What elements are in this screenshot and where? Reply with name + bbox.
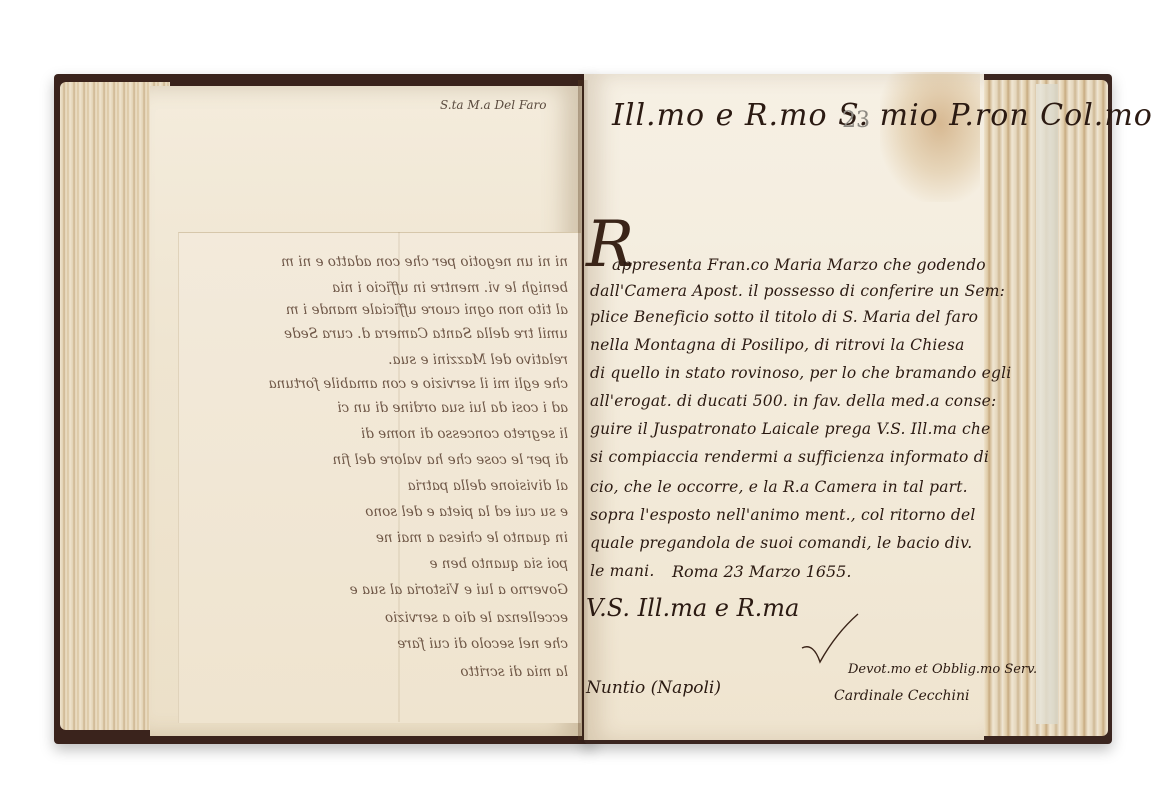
signature-line-1: Devot.mo et Obblig.mo Serv. xyxy=(848,662,1037,677)
signature-line-2: Cardinale Cecchini xyxy=(834,688,969,704)
bleed-line: che egli mi il servizio e con amabile fo… xyxy=(188,376,568,392)
bleed-line: la mia di scritto xyxy=(188,664,568,680)
left-margin-note: S.ta M.a Del Faro xyxy=(440,98,546,112)
body-line: le mani. xyxy=(590,562,654,580)
body-line: di quello in stato rovinoso, per lo che … xyxy=(590,364,1011,382)
bleed-line: poi sia quanto ben e xyxy=(188,556,568,572)
check-mark-icon xyxy=(800,610,860,670)
bleed-line: relativo del Mazzini e sua. xyxy=(188,352,568,368)
salutation: V.S. Ill.ma e R.ma xyxy=(586,594,799,622)
bleed-line: al divisione della patria xyxy=(188,478,568,494)
bleed-line: in quanto le chiesa a mai ne xyxy=(188,530,568,546)
body-line: appresenta Fran.co Maria Marzo che goden… xyxy=(612,256,986,274)
body-line: all'erogat. di ducati 500. in fav. della… xyxy=(590,392,996,410)
body-line: si compiaccia rendermi a sufficienza inf… xyxy=(590,448,989,466)
body-line: nella Montagna di Posilipo, di ritrovi l… xyxy=(590,336,965,354)
inserted-page-strips xyxy=(1036,84,1058,724)
bleed-line: li segreto concesso di nome di xyxy=(188,426,568,442)
book-gutter xyxy=(578,80,588,740)
bleed-line: e su cui ed la pieta e del sono xyxy=(188,504,568,520)
body-line: sopra l'esposto nell'animo ment., col ri… xyxy=(590,506,976,524)
open-manuscript-book: S.ta M.a Del Faro ni ni un negotio per c… xyxy=(0,0,1173,800)
bleed-line: che nel secolo di cui fare xyxy=(188,636,568,652)
water-stain xyxy=(880,72,980,202)
bleed-line: benigh le vi. mentre in ufficio i nia xyxy=(188,280,568,296)
body-line: plice Beneficio sotto il titolo di S. Ma… xyxy=(590,308,978,326)
letter-heading: Ill.mo e R.mo S. mio P.ron Col.mo xyxy=(612,98,1153,133)
date-line: Roma 23 Marzo 1655. xyxy=(672,562,851,581)
body-line: cio, che le occorre, e la R.a Camera in … xyxy=(590,478,968,496)
bleed-line: di per le cose che ha valore del fin xyxy=(188,452,568,468)
addressee-note: Nuntio (Napoli) xyxy=(586,678,721,698)
bleed-line: Governo a lui e Vistoria al sua e xyxy=(188,582,568,598)
bleed-line: ad i cosi da lui sua ordine di un ci xyxy=(188,400,568,416)
bleed-line: al tito non ogni cuore ufficiale mande i… xyxy=(188,302,568,318)
bleed-line: eccellenza le dio a servizio xyxy=(188,610,568,626)
body-line: dall'Camera Apost. il possesso di confer… xyxy=(590,282,1005,300)
body-line: quale pregandola de suoi comandi, le bac… xyxy=(590,534,972,552)
bleed-line: umil tre della Santa Camera d. cura Sede xyxy=(188,326,568,342)
folio-number: 23 xyxy=(842,108,870,133)
body-line: guire il Juspatronato Laicale prega V.S.… xyxy=(590,420,990,438)
bleed-line: ni ni un negotio per che con adatto e ni… xyxy=(188,254,568,270)
